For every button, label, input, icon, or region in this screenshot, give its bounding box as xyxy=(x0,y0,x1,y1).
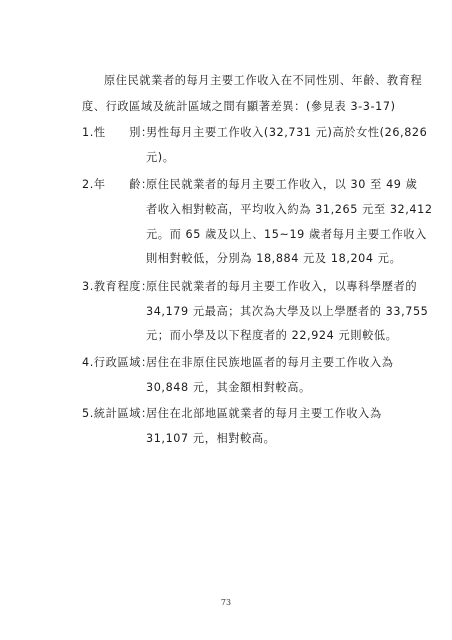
item-5-line-2: 31,107 元，相對較高。 xyxy=(146,432,275,446)
item-1-line-1: 男性每月主要工作收入(32,731 元)高於女性(26,826 xyxy=(146,126,427,140)
item-3-label: 3.教育程度： xyxy=(82,280,153,294)
item-5-label: 5.統計區域： xyxy=(82,407,153,421)
item-5-line-1: 居住在北部地區就業者的每月主要工作收入為 xyxy=(146,407,382,421)
intro-line-1: 原住民就業者的每月主要工作收入在不同性別、年齡、教育程 xyxy=(104,74,422,88)
item-2-line-1: 原住民就業者的每月主要工作收入，以 30 至 49 歲 xyxy=(146,178,417,192)
item-3-line-3: 元；而小學及以下程度者的 22,924 元則較低。 xyxy=(146,329,397,343)
item-1-label: 1.性 別： xyxy=(82,126,153,140)
item-2-label: 2.年 齡： xyxy=(82,178,153,192)
item-3-line-1: 原住民就業者的每月主要工作收入，以專科學歷者的 xyxy=(146,280,417,294)
document-page: 原住民就業者的每月主要工作收入在不同性別、年齡、教育程 度、行政區域及統計區域之… xyxy=(0,0,452,640)
intro-line-2: 度、行政區域及統計區域之間有顯著差異：(參見表 3-3-17) xyxy=(82,100,396,114)
item-4-line-2: 30,848 元，其金額相對較高。 xyxy=(146,381,311,395)
page-number: 73 xyxy=(0,598,452,607)
item-2-line-4: 則相對較低，分別為 18,884 元及 18,204 元。 xyxy=(146,252,401,266)
item-3-line-2: 34,179 元最高；其次為大學及以上學歷者的 33,755 xyxy=(146,305,428,319)
item-2-line-2: 者收入相對較高，平均收入約為 31,265 元至 32,412 xyxy=(146,203,433,217)
item-4-line-1: 居住在非原住民族地區者的每月主要工作收入為 xyxy=(146,356,394,370)
item-1-line-2: 元)。 xyxy=(146,151,175,165)
item-2-line-3: 元。而 65 歲及以上、15~19 歲者每月主要工作收入 xyxy=(146,228,427,242)
item-4-label: 4.行政區域： xyxy=(82,356,153,370)
